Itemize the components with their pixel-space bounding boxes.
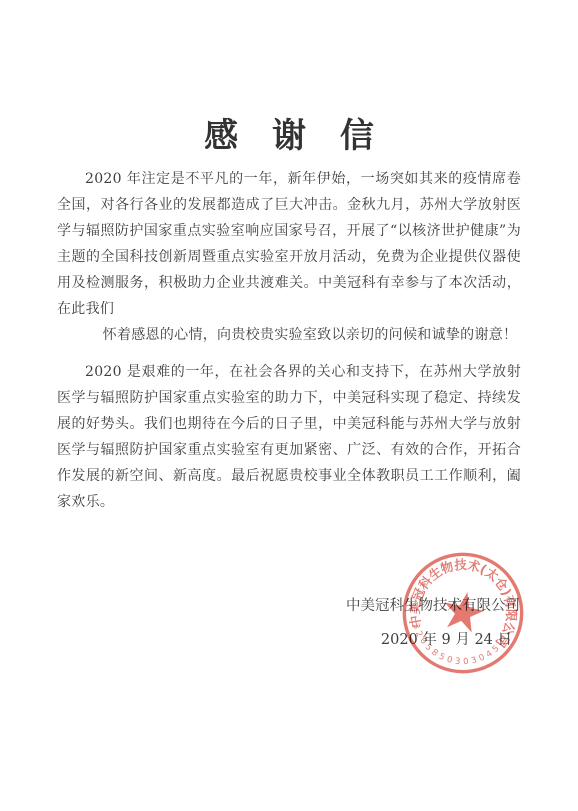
letter-title: 感 谢 信 bbox=[0, 119, 578, 153]
signature-company: 中美冠科生物技术有限公司 bbox=[346, 595, 520, 617]
letter-body: 2020 年注定是不平凡的一年，新年伊始，一场突如其来的疫情席卷全国，对各行各业… bbox=[57, 166, 521, 515]
paragraph-1-closing: 怀着感恩的心情，向贵校贵实验室致以亲切的问候和诚挚的谢意！ bbox=[57, 322, 521, 348]
paragraph-2: 2020 是艰难的一年，在社会各界的关心和支持下，在苏州大学放射医学与辐照防护国… bbox=[57, 359, 521, 515]
signature-date: 2020 年 9 月 24 日 bbox=[381, 629, 512, 651]
letter-page: 感 谢 信 2020 年注定是不平凡的一年，新年伊始，一场突如其来的疫情席卷全国… bbox=[0, 0, 578, 811]
paragraph-1: 2020 年注定是不平凡的一年，新年伊始，一场突如其来的疫情席卷全国，对各行各业… bbox=[57, 166, 521, 322]
